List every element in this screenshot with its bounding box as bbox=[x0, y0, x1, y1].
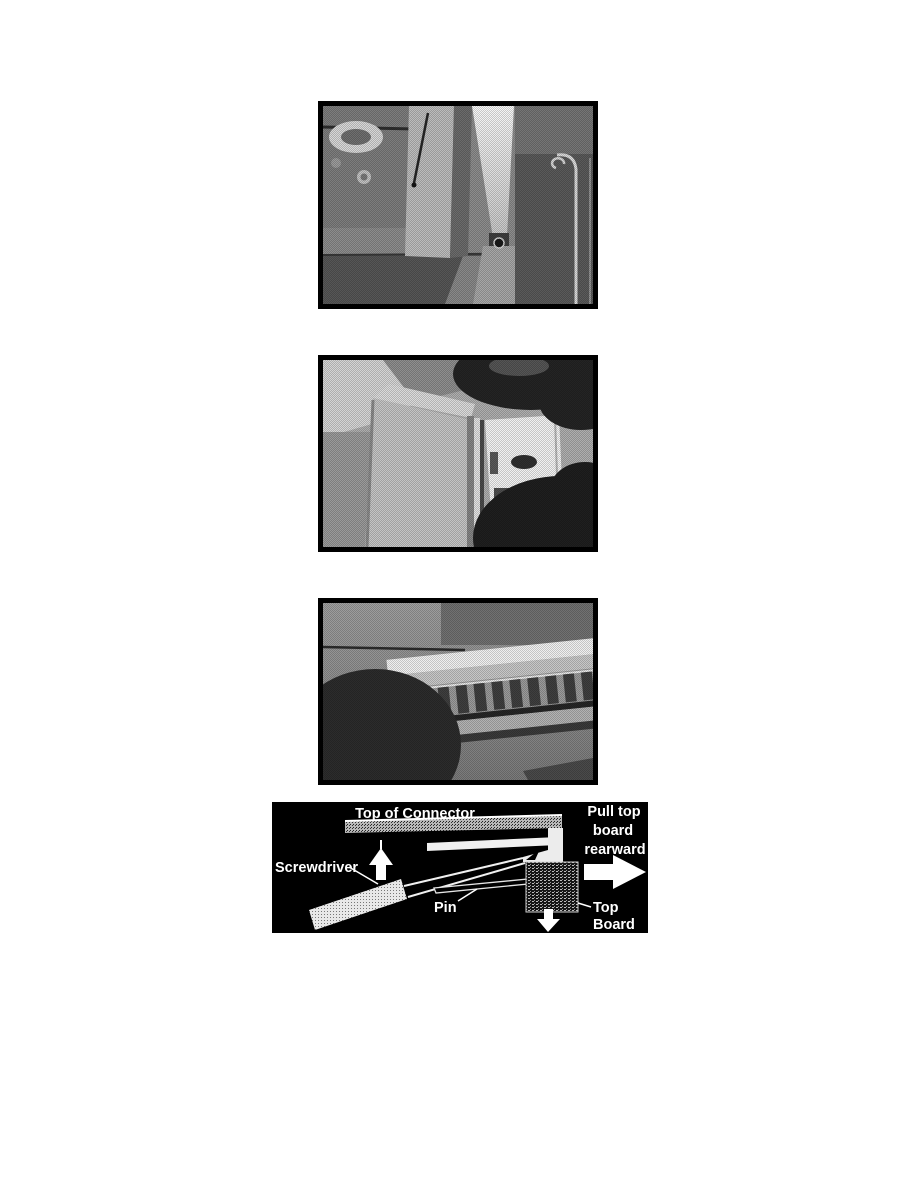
label-pull-rearward-line1: Pull top bbox=[587, 804, 640, 820]
photo-1-illustration bbox=[323, 106, 593, 304]
halftone-overlay bbox=[323, 106, 593, 304]
label-pull-rearward-line2: board bbox=[593, 823, 633, 839]
photo-3 bbox=[318, 598, 598, 785]
connector-removal-diagram-svg: Top of Connector Screwdriver Pin Pull to… bbox=[272, 802, 648, 933]
label-screwdriver: Screwdriver bbox=[275, 860, 358, 876]
photo-3-illustration bbox=[323, 603, 593, 780]
label-pin: Pin bbox=[434, 900, 457, 916]
photo-2 bbox=[318, 355, 598, 552]
top-board-square bbox=[526, 862, 578, 912]
label-top-board-line2: Board bbox=[593, 917, 635, 933]
label-top-board-line1: Top bbox=[593, 900, 619, 916]
photo-2-illustration bbox=[323, 360, 593, 547]
halftone-overlay bbox=[323, 360, 593, 547]
page: Top of Connector Screwdriver Pin Pull to… bbox=[0, 0, 918, 1188]
connector-removal-diagram: Top of Connector Screwdriver Pin Pull to… bbox=[272, 802, 648, 933]
halftone-overlay bbox=[323, 603, 593, 780]
label-top-of-connector: Top of Connector bbox=[355, 806, 475, 822]
photo-1 bbox=[318, 101, 598, 309]
label-pull-rearward-line3: rearward bbox=[584, 842, 645, 858]
